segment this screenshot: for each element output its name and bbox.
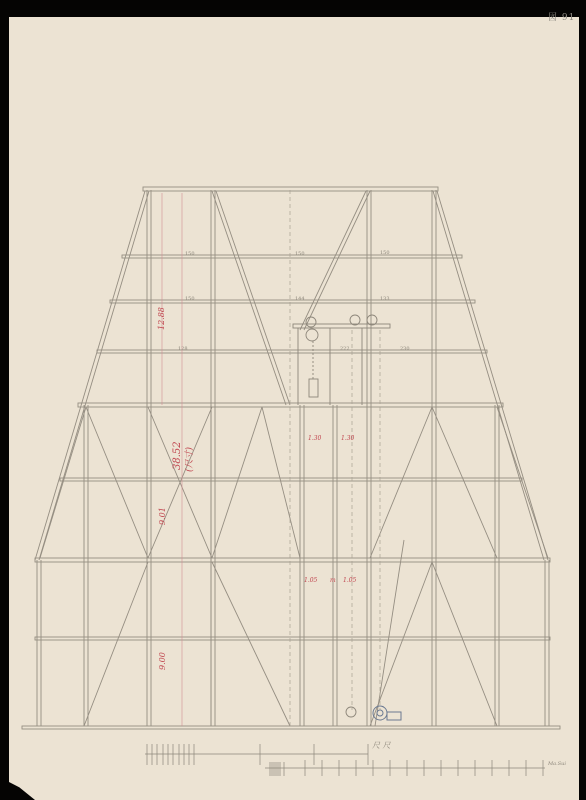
svg-text:150: 150 bbox=[185, 251, 195, 257]
svg-text:133: 133 bbox=[380, 296, 390, 302]
svg-text:150: 150 bbox=[295, 251, 305, 257]
lower-span-left: 1.05 bbox=[304, 577, 318, 584]
height-total-label: 38.52 bbox=[172, 441, 183, 470]
svg-text:144: 144 bbox=[295, 296, 305, 302]
scaffold-structure bbox=[22, 187, 560, 729]
height-upper-label: 12.88 bbox=[157, 307, 166, 330]
center-lines bbox=[290, 190, 380, 726]
beam-labels: 150 150 150 150 144 133 128 222 230 bbox=[178, 250, 410, 352]
scaffold-elevation-drawing: 12.88 38.52 (尺寸) 9.01 9.00 1.30 1.30 1.0… bbox=[0, 0, 586, 800]
svg-text:128: 128 bbox=[178, 346, 188, 352]
svg-text:230: 230 bbox=[400, 346, 410, 352]
height-mid-label: 9.01 bbox=[158, 507, 167, 525]
height-total-unit: (尺寸) bbox=[184, 446, 195, 472]
lower-span-right: 1.05 bbox=[343, 577, 357, 584]
lower-span-mid: m bbox=[330, 577, 336, 584]
scale-bar-label: 尺 尺 bbox=[372, 741, 392, 750]
hoist-frame bbox=[293, 315, 390, 717]
svg-text:150: 150 bbox=[185, 296, 195, 302]
svg-text:222: 222 bbox=[340, 346, 350, 352]
scale-bar bbox=[145, 744, 545, 776]
hoist-span-left: 1.30 bbox=[308, 435, 322, 442]
hoist-span-right: 1.30 bbox=[341, 435, 355, 442]
scale-unit-label: Ma.Sui bbox=[547, 761, 566, 767]
svg-text:150: 150 bbox=[380, 250, 390, 256]
height-lower-label: 9.00 bbox=[158, 652, 167, 670]
